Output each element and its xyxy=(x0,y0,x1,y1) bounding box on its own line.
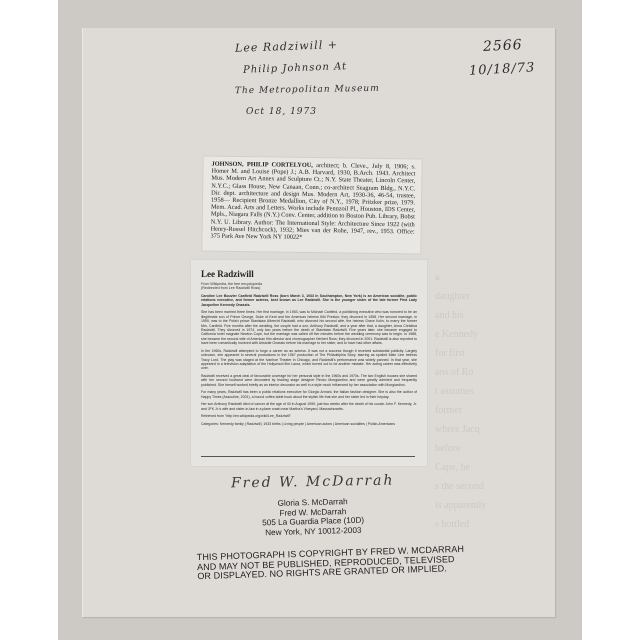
johnson-clipping-body: architect; b. Cleve., July 8, 1906; s. H… xyxy=(211,162,416,241)
signature: Fred W. McDarrah xyxy=(231,473,395,492)
wiki-divider xyxy=(201,456,415,457)
johnson-clipping: JOHNSON, PHILIP CORTELYOU, architect; b.… xyxy=(202,156,421,253)
show-through-line: and his xyxy=(435,306,545,325)
show-through-line: former xyxy=(435,401,545,420)
show-through-line: is apparently xyxy=(435,496,545,515)
handwritten-catalog-number: 2566 xyxy=(483,37,523,55)
show-through-line: where Jacq xyxy=(435,420,545,439)
wikipedia-printout: Lee Radziwill From Wikipedia, the free e… xyxy=(191,260,427,466)
show-through-line: t assumes xyxy=(435,382,545,401)
show-through-line: e Kennedy xyxy=(435,325,545,344)
address-stamp: Gloria S. McDarrah Fred W. McDarrah 505 … xyxy=(243,496,384,538)
handwritten-line-4: Oct 18, 1973 xyxy=(246,107,317,117)
handwritten-line-3: The Metropolitan Museum xyxy=(235,84,380,97)
show-through-line: Cape, he xyxy=(435,458,545,477)
handwritten-date: 10/18/73 xyxy=(469,60,536,78)
handwritten-line-2: Philip Johnson At xyxy=(243,61,347,76)
wiki-paragraph: Radziwill received a great deal of favou… xyxy=(201,374,417,387)
wiki-paragraph: For many years, Radziwill has been a pub… xyxy=(201,390,417,399)
wiki-title: Lee Radziwill xyxy=(201,269,254,279)
show-through-line: for first xyxy=(435,344,545,363)
show-through-line: s the second xyxy=(435,477,545,496)
wiki-body: Caroline Lee Bouvier Canfield Radziwill … xyxy=(201,294,417,430)
document-sheet: Lee Radziwill + Philip Johnson At The Me… xyxy=(82,28,555,617)
wiki-subtitle-line: (Redirected from Lee Radziwill Ross) xyxy=(201,286,411,290)
show-through-line: before xyxy=(435,439,545,458)
wiki-paragraph: Caroline Lee Bouvier Canfield Radziwill … xyxy=(201,294,417,307)
wiki-retrieved-link: Retrieved from "http://en.wikipedia.org/… xyxy=(201,414,417,418)
wiki-categories: Categories: Kennedy family | Radziwill |… xyxy=(201,422,417,426)
show-through-line: s bottled xyxy=(435,515,545,534)
show-through-line: daughter xyxy=(435,287,545,306)
copyright-notice: THIS PHOTOGRAPH IS COPYRIGHT BY FRED W. … xyxy=(197,543,528,582)
show-through-line: ans of Ro xyxy=(435,363,545,382)
wiki-paragraph: She has been married three times. Her fi… xyxy=(201,310,417,345)
handwritten-line-1: Lee Radziwill + xyxy=(235,38,338,55)
show-through-text: adaughterand hise Kennedyfor firstans of… xyxy=(435,268,545,534)
show-through-line: a xyxy=(435,268,545,287)
johnson-clipping-text: JOHNSON, PHILIP CORTELYOU, architect; b.… xyxy=(211,161,416,243)
wiki-paragraph: In the 1960s, Radziwill attempted to for… xyxy=(201,349,417,371)
wiki-paragraph: Her son Anthony Radziwill died of cancer… xyxy=(201,402,417,411)
wiki-subtitle: From Wikipedia, the free encyclopedia (R… xyxy=(201,282,411,291)
